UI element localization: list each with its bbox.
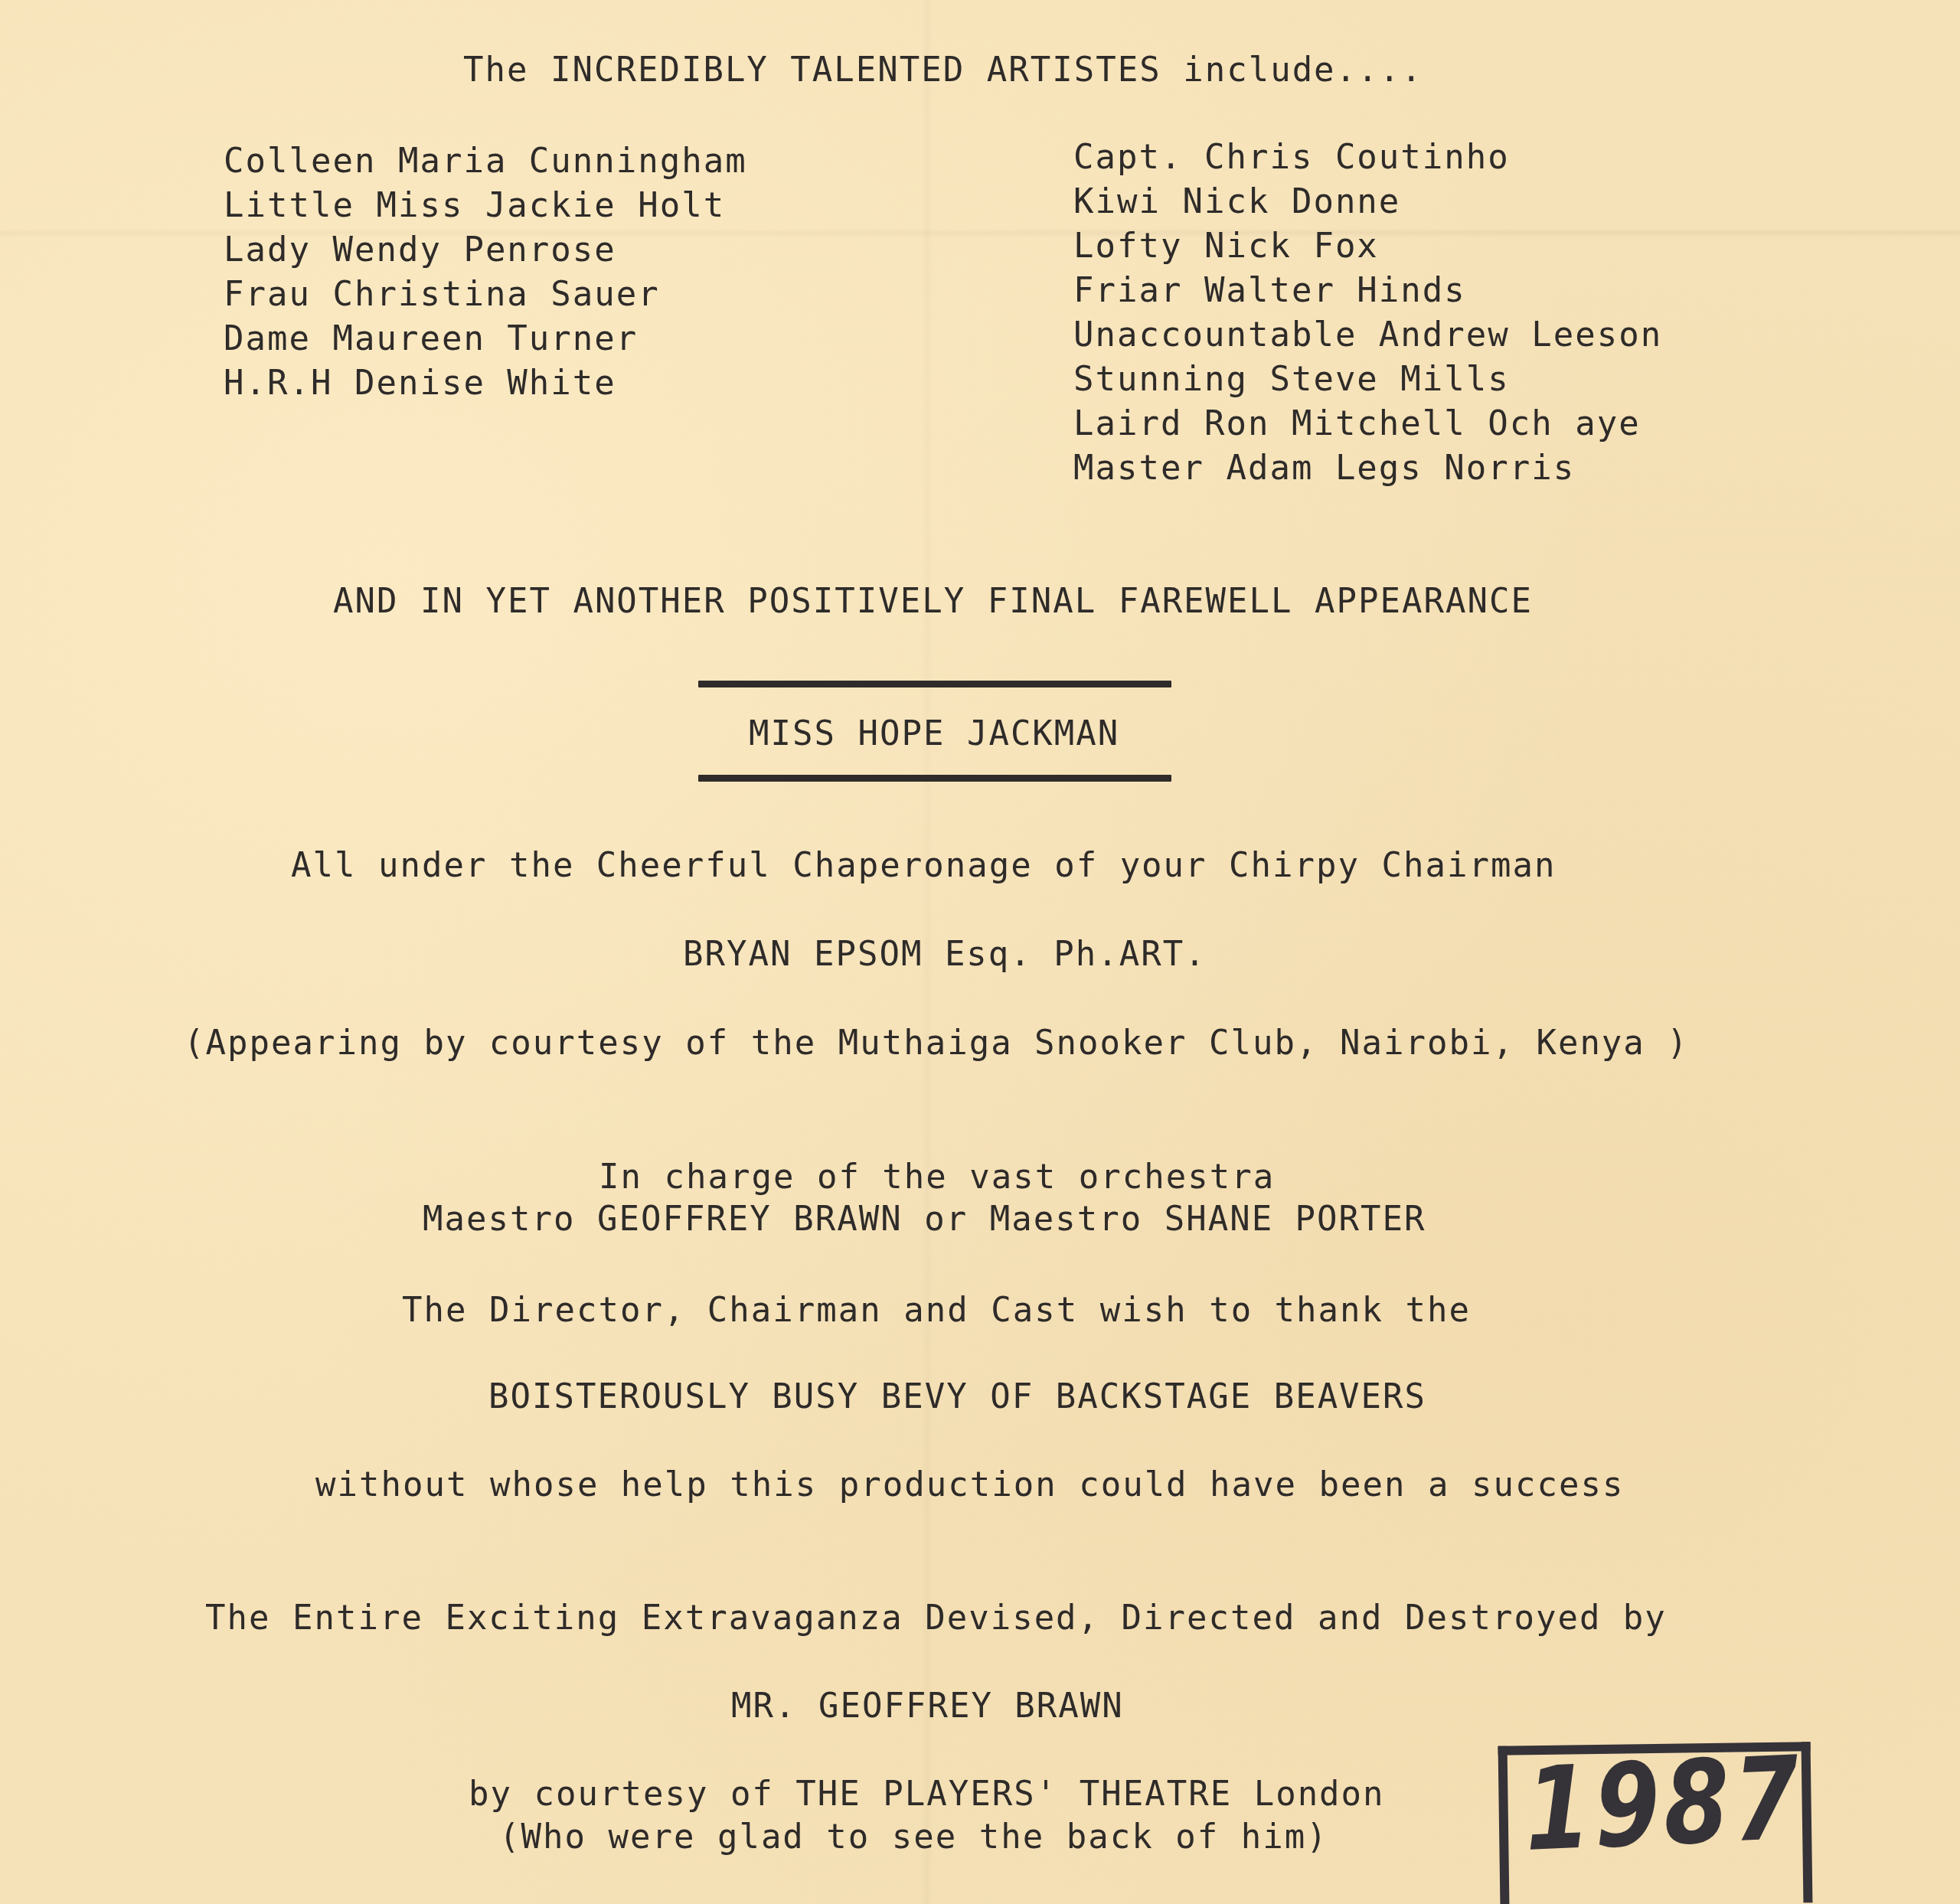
thanks-intro: The Director, Chairman and Cast wish to …	[402, 1294, 1471, 1328]
cast-member: Frau Christina Sauer	[224, 273, 747, 317]
cast-member: Stunning Steve Mills	[1073, 358, 1662, 402]
cast-member: Master Adam Legs Norris	[1073, 446, 1662, 491]
orchestra-conductors: Maestro GEOFFREY BRAWN or Maestro SHANE …	[423, 1203, 1426, 1236]
cast-member: Friar Walter Hinds	[1073, 269, 1662, 313]
cast-member: Little Miss Jackie Holt	[224, 184, 747, 228]
divider-bottom	[698, 775, 1171, 782]
cast-member: Capt. Chris Coutinho	[1073, 136, 1662, 180]
handwritten-year: 1987	[1524, 1746, 1715, 1868]
star-name: MISS HOPE JACKMAN	[749, 717, 1119, 751]
director-courtesy-line2: (Who were glad to see the back of him)	[499, 1821, 1328, 1854]
director-name: MR. GEOFFREY BRAWN	[731, 1690, 1124, 1723]
cast-member: Dame Maureen Turner	[224, 317, 747, 361]
farewell-heading: AND IN YET ANOTHER POSITIVELY FINAL FARE…	[333, 585, 1533, 619]
cast-member: Lady Wendy Penrose	[224, 228, 747, 273]
cast-member: H.R.H Denise White	[224, 361, 747, 406]
cast-member: Laird Ron Mitchell Och aye	[1073, 402, 1662, 446]
chairman-courtesy: (Appearing by courtesy of the Muthaiga S…	[184, 1027, 1689, 1060]
cast-list-left: Colleen Maria Cunningham Little Miss Jac…	[224, 139, 747, 406]
thanks-outro: without whose help this production could…	[315, 1468, 1624, 1502]
programme-page: The INCREDIBLY TALENTED ARTISTES include…	[0, 0, 1960, 1904]
orchestra-intro: In charge of the vast orchestra	[599, 1161, 1275, 1194]
chairman-name: BRYAN EPSOM Esq. Ph.ART.	[683, 938, 1207, 972]
crew-name: BOISTEROUSLY BUSY BEVY OF BACKSTAGE BEAV…	[488, 1380, 1426, 1414]
cast-member: Lofty Nick Fox	[1073, 224, 1662, 269]
chairman-intro: All under the Cheerful Chaperonage of yo…	[291, 849, 1556, 883]
cast-list-right: Capt. Chris Coutinho Kiwi Nick Donne Lof…	[1073, 136, 1662, 491]
cast-member: Unaccountable Andrew Leeson	[1073, 313, 1662, 358]
cast-member: Colleen Maria Cunningham	[224, 139, 747, 184]
divider-top	[698, 681, 1171, 687]
artistes-heading: The INCREDIBLY TALENTED ARTISTES include…	[463, 54, 1423, 87]
director-courtesy-line1: by courtesy of THE PLAYERS' THEATRE Lond…	[469, 1778, 1385, 1811]
cast-member: Kiwi Nick Donne	[1073, 180, 1662, 224]
director-intro: The Entire Exciting Extravaganza Devised…	[205, 1602, 1667, 1635]
